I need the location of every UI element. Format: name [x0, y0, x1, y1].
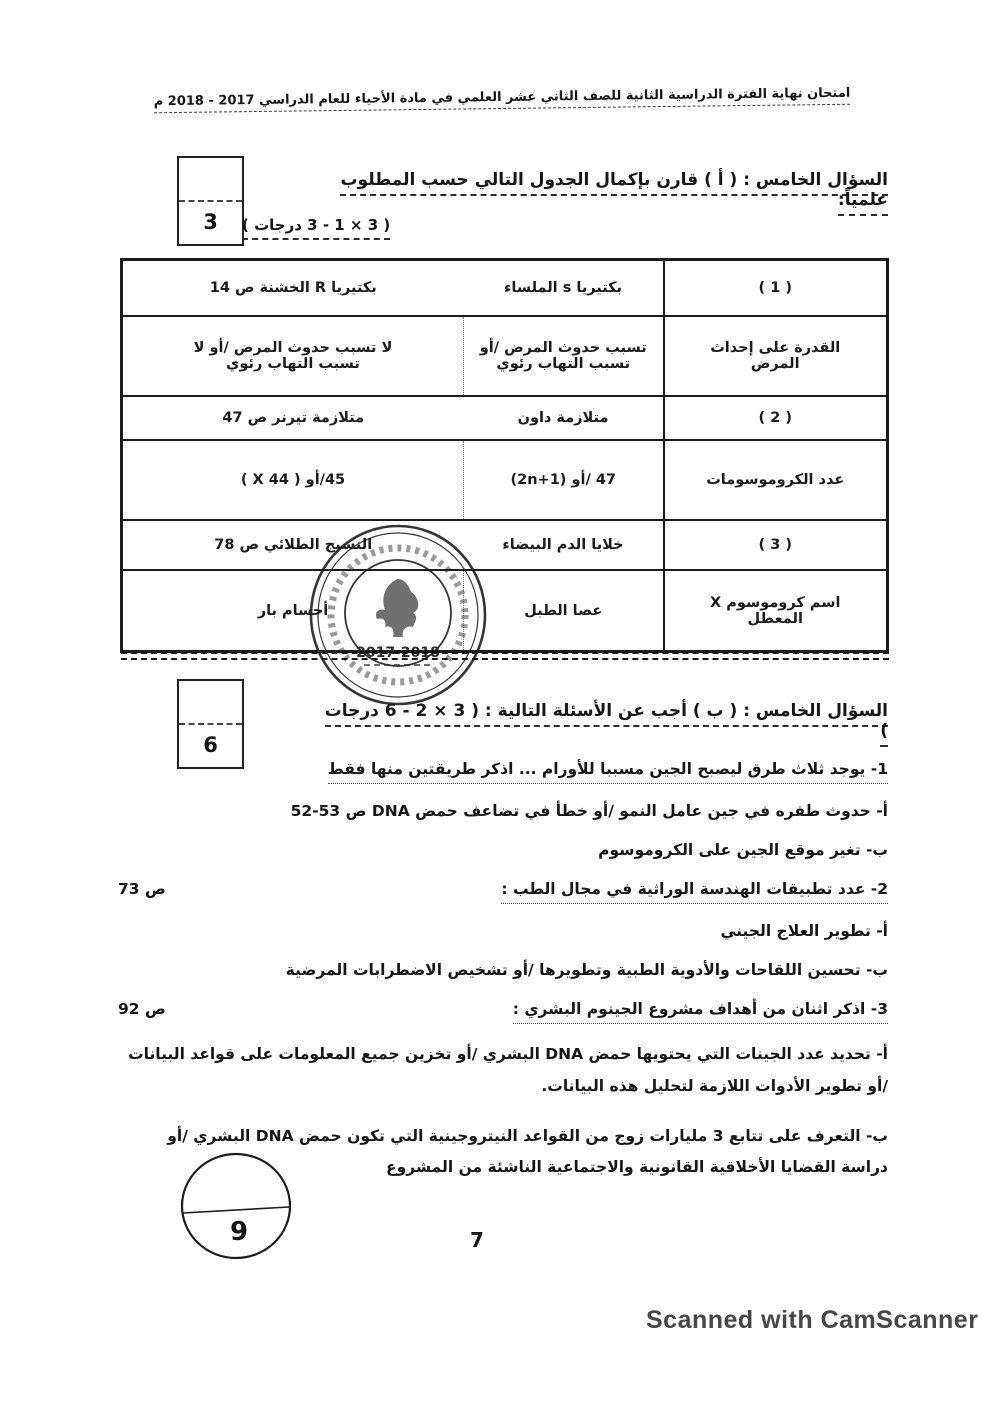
- row5-mid: خلايا الدم البيضاء: [464, 520, 664, 570]
- row3-label: ( 2 ): [664, 396, 888, 440]
- answer-line: ب- تحسين اللقاحات والأدوية الطبية وتطوير…: [112, 958, 888, 982]
- row4-mid: 47 /أو (2n+1): [464, 440, 664, 520]
- questions-list: 1- يوجد ثلاث طرق ليصبح الجين مسببا للأور…: [112, 757, 888, 1202]
- scanned-exam-page: امتحان نهاية الفترة الدراسية الثانية للص…: [0, 0, 992, 1403]
- row1-label: ( 1 ): [664, 260, 888, 317]
- page-reference: ص 92: [112, 997, 166, 1021]
- section-a-marks: ( 3 × 1 - 3 درجات ): [242, 216, 390, 234]
- score-box-a-empty: [179, 158, 242, 202]
- row3-mid: متلازمة داون: [464, 396, 664, 440]
- answer-line: ب- تغير موقع الجين على الكروموسوم: [112, 838, 888, 862]
- score-box-a-value: 3: [179, 202, 242, 242]
- table-row: عدد الكروموسومات 47 /أو (2n+1) 45/أو ( 4…: [122, 440, 888, 520]
- score-box-b: 6: [177, 679, 244, 769]
- question-line: 2- عدد تطبيقات الهندسة الوراثية في مجال …: [112, 877, 888, 904]
- table-row: ( 2 ) متلازمة داون متلازمة تيرنر ص 47: [122, 396, 888, 440]
- table-row: ( 3 ) خلايا الدم البيضاء النسيج الطلائي …: [122, 520, 888, 570]
- table-row: ( 1 ) بكتيريا s الملساء بكتيريا R الخشنة…: [122, 260, 888, 317]
- table-row: القدرة على إحداث المرض تسبب حدوث المرض /…: [122, 316, 888, 396]
- answer-line: أ- تطوير العلاج الجيني: [112, 919, 888, 943]
- grade-circle-value: 9: [230, 1217, 248, 1247]
- row2-label: القدرة على إحداث المرض: [664, 316, 888, 396]
- row4-left: 45/أو ( 44 X ): [122, 440, 464, 520]
- row5-label: ( 3 ): [664, 520, 888, 570]
- question-line: 3- اذكر اثنان من أهداف مشروع الجينوم الب…: [112, 997, 888, 1024]
- row6-label: اسم كروموسوم X المعطل: [664, 570, 888, 652]
- answer-line: أ- تحديد عدد الجينات التي يحتويها حمض DN…: [112, 1039, 888, 1103]
- question-line: 1- يوجد ثلاث طرق ليصبح الجين مسببا للأور…: [112, 757, 888, 784]
- row6-mid: عصا الطبل: [464, 570, 664, 652]
- score-box-a: 3: [177, 156, 244, 246]
- score-box-b-empty: [179, 681, 242, 725]
- section-separator: [121, 652, 889, 660]
- grade-circle: 9: [180, 1150, 292, 1266]
- table-row: اسم كروموسوم X المعطل عصا الطبل أجسام با…: [122, 570, 888, 652]
- section-a-title: السؤال الخامس : ( أ ) قارن بإكمال الجدول…: [318, 170, 888, 210]
- exam-title: امتحان نهاية الفترة الدراسية الثانية للص…: [154, 86, 851, 114]
- comparison-table: ( 1 ) بكتيريا s الملساء بكتيريا R الخشنة…: [120, 258, 889, 653]
- row2-left: لا تسبب حدوث المرض /أو لا تسبب التهاب رئ…: [122, 316, 464, 396]
- row1-left: بكتيريا R الخشنة ص 14: [122, 260, 464, 317]
- row2-mid: تسبب حدوث المرض /أو تسبب التهاب رئوي: [464, 316, 664, 396]
- camscanner-watermark: Scanned with CamScanner: [646, 1306, 978, 1335]
- answer-line: أ- حدوث طفره في جين عامل النمو /أو خطأ ف…: [112, 799, 888, 823]
- page-reference: ص 73: [112, 877, 166, 901]
- row3-left: متلازمة تيرنر ص 47: [122, 396, 464, 440]
- ministry-stamp-icon: 2017-2018: [308, 523, 488, 711]
- stamp-years: 2017-2018: [356, 645, 440, 661]
- page-number: 7: [470, 1228, 484, 1252]
- exam-header: امتحان نهاية الفترة الدراسية الثانية للص…: [112, 85, 892, 110]
- row4-label: عدد الكروموسومات: [664, 440, 888, 520]
- row1-mid: بكتيريا s الملساء: [464, 260, 664, 317]
